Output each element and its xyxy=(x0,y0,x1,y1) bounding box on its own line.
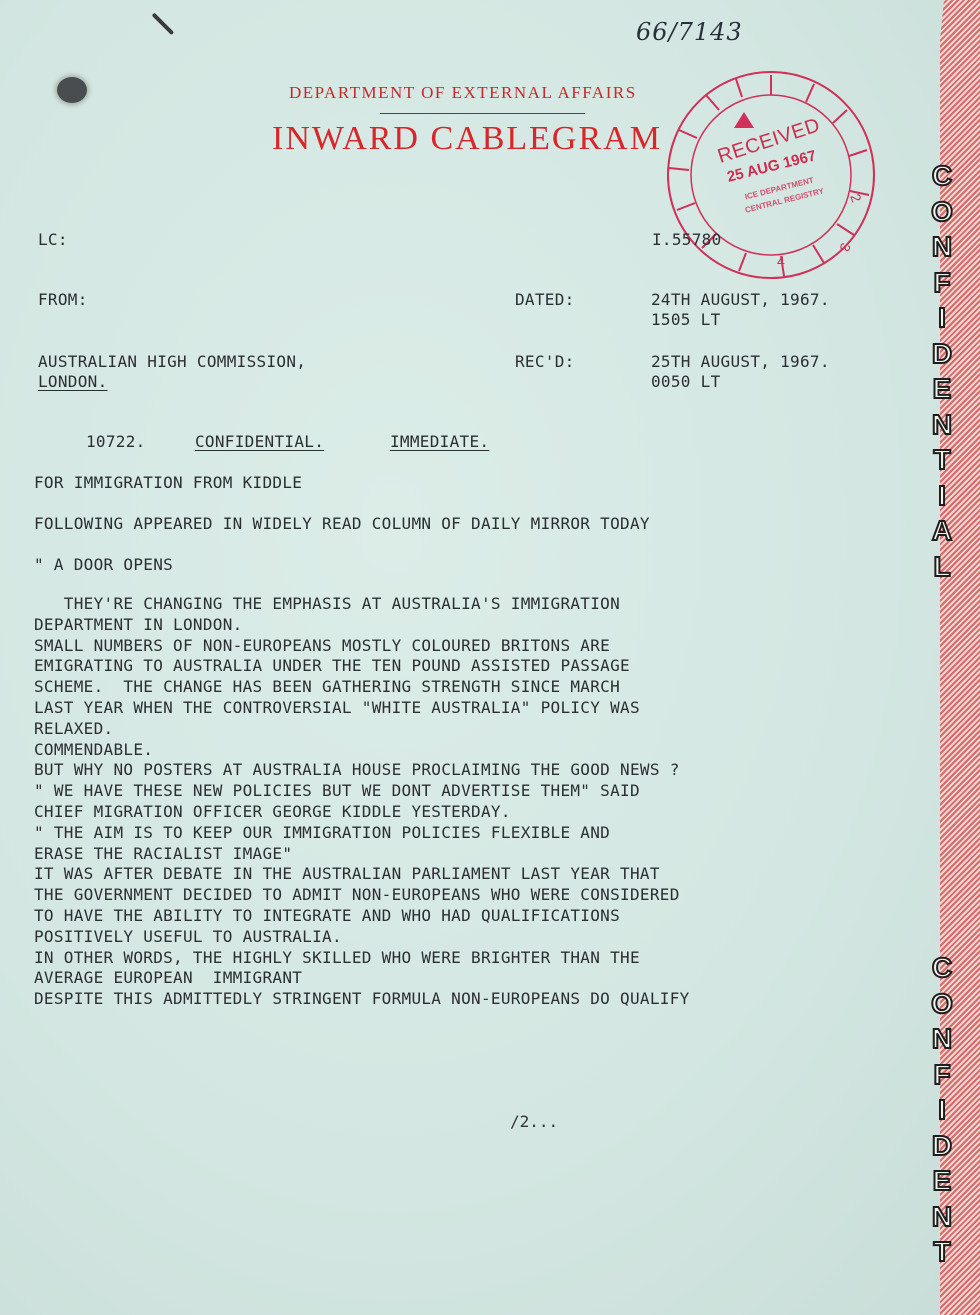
file-reference: 66/7143 xyxy=(636,18,743,46)
body-line: " THE AIM IS TO KEEP OUR IMMIGRATION POL… xyxy=(34,823,690,844)
body-line: POSITIVELY USEFUL TO AUSTRALIA. xyxy=(34,927,690,948)
strip-letter: L xyxy=(933,549,950,585)
strip-letter: I xyxy=(938,1092,946,1128)
lc-label: LC: xyxy=(38,230,68,249)
strip-word-bottom: CONFIDENT xyxy=(926,950,958,1270)
body-line: EMIGRATING TO AUSTRALIA UNDER THE TEN PO… xyxy=(34,656,690,677)
body-line: DEPARTMENT IN LONDON. xyxy=(34,615,690,636)
cablegram-page: 66/7143 DEPARTMENT OF EXTERNAL AFFAIRS I… xyxy=(0,0,980,1315)
strip-letter: D xyxy=(932,1128,952,1164)
sender-name: AUSTRALIAN HIGH COMMISSION, xyxy=(38,352,306,371)
strip-letter: F xyxy=(933,265,950,301)
staple-mark xyxy=(152,13,175,36)
body-line: TO HAVE THE ABILITY TO INTEGRATE AND WHO… xyxy=(34,906,690,927)
strip-letter: F xyxy=(933,1057,950,1093)
from-label: FROM: xyxy=(38,290,88,309)
strip-letter: N xyxy=(932,1021,952,1057)
strip-letter: N xyxy=(932,1199,952,1235)
body-line: ERASE THE RACIALIST IMAGE" xyxy=(34,844,690,865)
body-line: THEY'RE CHANGING THE EMPHASIS AT AUSTRAL… xyxy=(34,594,690,615)
page-continuation: /2... xyxy=(510,1112,558,1131)
addressee-line: FOR IMMIGRATION FROM KIDDLE xyxy=(34,473,302,492)
strip-letter: T xyxy=(933,1234,950,1270)
strip-letter: E xyxy=(933,371,952,407)
strip-letter: A xyxy=(932,513,952,549)
body-line: BUT WHY NO POSTERS AT AUSTRALIA HOUSE PR… xyxy=(34,760,690,781)
strip-letter: D xyxy=(932,336,952,372)
body-line: SCHEME. THE CHANGE HAS BEEN GATHERING ST… xyxy=(34,677,690,698)
strip-letter: N xyxy=(932,407,952,443)
intro-line: FOLLOWING APPEARED IN WIDELY READ COLUMN… xyxy=(34,514,650,533)
received-value: 25TH AUGUST, 1967. xyxy=(651,352,830,371)
strip-letter: O xyxy=(931,986,953,1022)
strip-letter: E xyxy=(933,1163,952,1199)
strip-letter: I xyxy=(938,478,946,514)
dated-time: 1505 LT xyxy=(651,310,721,329)
strip-letter: O xyxy=(931,194,953,230)
header-divider xyxy=(380,113,585,114)
dated-label: DATED: xyxy=(515,290,575,309)
body-line: IN OTHER WORDS, THE HIGHLY SKILLED WHO W… xyxy=(34,948,690,969)
svg-text:4: 4 xyxy=(777,253,785,269)
dated-value: 24TH AUGUST, 1967. xyxy=(651,290,830,309)
body-line: SMALL NUMBERS OF NON-EUROPEANS MOSTLY CO… xyxy=(34,636,690,657)
body-line: CHIEF MIGRATION OFFICER GEORGE KIDDLE YE… xyxy=(34,802,690,823)
strip-letter: T xyxy=(933,442,950,478)
classification-label: CONFIDENTIAL. xyxy=(195,432,324,451)
document-title: INWARD CABLEGRAM xyxy=(272,120,662,158)
body-line: IT WAS AFTER DEBATE IN THE AUSTRALIAN PA… xyxy=(34,864,690,885)
body-line: THE GOVERNMENT DECIDED TO ADMIT NON-EURO… xyxy=(34,885,690,906)
body-line: RELAXED. xyxy=(34,719,690,740)
svg-text:2: 2 xyxy=(847,192,865,205)
body-line: AVERAGE EUROPEAN IMMIGRANT xyxy=(34,968,690,989)
sender-city: LONDON. xyxy=(38,372,108,391)
strip-letter: C xyxy=(932,158,952,194)
body-line: COMMENDABLE. xyxy=(34,740,690,761)
strip-letter: N xyxy=(932,229,952,265)
strip-letter: I xyxy=(938,300,946,336)
priority-label: IMMEDIATE. xyxy=(390,432,489,451)
article-headline: " A DOOR OPENS xyxy=(34,555,173,574)
department-name: DEPARTMENT OF EXTERNAL AFFAIRS xyxy=(289,83,637,103)
cable-number: I.55780 xyxy=(652,230,722,249)
article-body: THEY'RE CHANGING THE EMPHASIS AT AUSTRAL… xyxy=(34,594,690,1010)
body-line: DESPITE THIS ADMITTEDLY STRINGENT FORMUL… xyxy=(34,989,690,1010)
body-line: " WE HAVE THESE NEW POLICIES BUT WE DONT… xyxy=(34,781,690,802)
received-time: 0050 LT xyxy=(651,372,721,391)
received-label: REC'D: xyxy=(515,352,575,371)
strip-word-top: CONFIDENTIAL xyxy=(926,158,958,584)
body-line: LAST YEAR WHEN THE CONTROVERSIAL "WHITE … xyxy=(34,698,690,719)
punch-hole xyxy=(57,77,87,103)
strip-letter: C xyxy=(932,950,952,986)
cable-reference-number: 10722. xyxy=(86,432,146,451)
